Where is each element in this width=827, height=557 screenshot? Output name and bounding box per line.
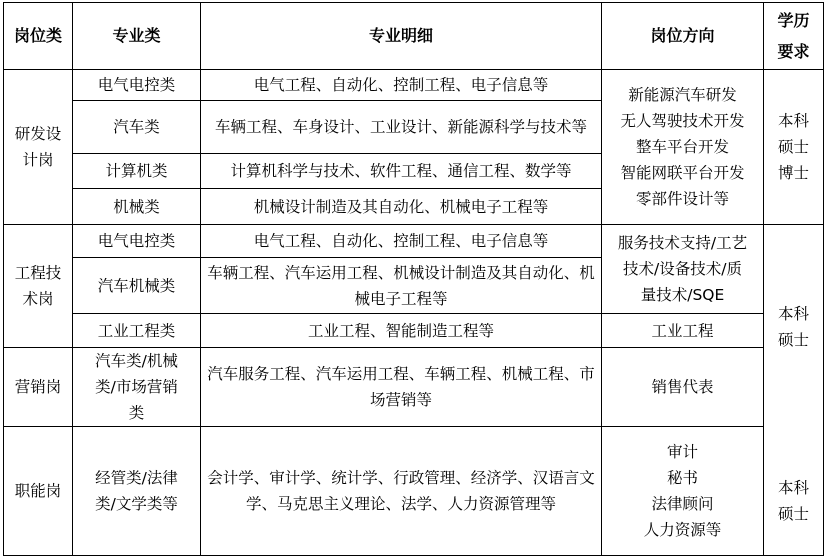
position-text: 工程技 xyxy=(4,260,72,286)
direction-text: 无人驾驶技术开发 xyxy=(602,108,763,134)
major-detail: 计算机科学与技术、软件工程、通信工程、数学等 xyxy=(201,154,602,189)
direction-engineering: 服务技术支持/工艺 技术/设备技术/质 量技术/SQE xyxy=(602,225,764,314)
education-merged: 本科 硕士 本科 硕士 xyxy=(764,225,824,556)
position-rd: 研发设 计岗 xyxy=(4,70,73,225)
major-category: 机械类 xyxy=(73,189,201,225)
direction-text: 人力资源等 xyxy=(602,517,763,543)
major-detail: 电气工程、自动化、控制工程、电子信息等 xyxy=(201,70,602,101)
direction-text: 服务技术支持/工艺 xyxy=(602,230,763,256)
header-education-line1: 学历 xyxy=(764,5,823,36)
header-row: 岗位类 专业类 专业明细 岗位方向 学历 要求 xyxy=(4,3,824,70)
direction-text: 零部件设计等 xyxy=(602,186,763,212)
table-row: 研发设 计岗 电气电控类 电气工程、自动化、控制工程、电子信息等 新能源汽车研发… xyxy=(4,70,824,101)
major-detail: 电气工程、自动化、控制工程、电子信息等 xyxy=(201,225,602,258)
header-major-detail: 专业明细 xyxy=(201,3,602,70)
header-position-category: 岗位类 xyxy=(4,3,73,70)
direction-marketing: 销售代表 xyxy=(602,348,764,427)
position-text: 术岗 xyxy=(4,286,72,312)
major-category: 工业工程类 xyxy=(73,314,201,348)
major-detail: 汽车服务工程、汽车运用工程、车辆工程、机械工程、市场营销等 xyxy=(201,348,602,427)
direction-text: 法律顾问 xyxy=(602,491,763,517)
header-education-line2: 要求 xyxy=(764,36,823,67)
direction-text: 智能网联平台开发 xyxy=(602,160,763,186)
major-category: 计算机类 xyxy=(73,154,201,189)
direction-industrial: 工业工程 xyxy=(602,314,764,348)
direction-text: 量技术/SQE xyxy=(602,282,763,308)
education-text: 硕士 xyxy=(764,327,823,353)
direction-functional: 审计 秘书 法律顾问 人力资源等 xyxy=(602,427,764,556)
major-text: 汽车类/机械 xyxy=(73,348,200,374)
major-category: 经管类/法律 类/文学类等 xyxy=(73,427,201,556)
major-text: 类/文学类等 xyxy=(73,491,200,517)
direction-text: 技术/设备技术/质 xyxy=(602,256,763,282)
major-category: 电气电控类 xyxy=(73,70,201,101)
position-marketing: 营销岗 xyxy=(4,348,73,427)
header-education: 学历 要求 xyxy=(764,3,824,70)
direction-rd: 新能源汽车研发 无人驾驶技术开发 整车平台开发 智能网联平台开发 零部件设计等 xyxy=(602,70,764,225)
position-text: 研发设 xyxy=(4,121,72,147)
education-text: 本科 xyxy=(764,108,823,134)
position-text: 计岗 xyxy=(4,147,72,173)
table-row: 营销岗 汽车类/机械 类/市场营销 类 汽车服务工程、汽车运用工程、车辆工程、机… xyxy=(4,348,824,427)
major-text: 类 xyxy=(73,400,200,426)
recruitment-majors-table: 岗位类 专业类 专业明细 岗位方向 学历 要求 研发设 计岗 电气电控类 电气工… xyxy=(3,2,824,556)
position-engineering: 工程技 术岗 xyxy=(4,225,73,348)
major-category: 汽车类/机械 类/市场营销 类 xyxy=(73,348,201,427)
header-major-category: 专业类 xyxy=(73,3,201,70)
major-detail: 车辆工程、汽车运用工程、机械设计制造及其自动化、机械电子工程等 xyxy=(201,258,602,314)
table-row: 职能岗 经管类/法律 类/文学类等 会计学、审计学、统计学、行政管理、经济学、汉… xyxy=(4,427,824,556)
position-functional: 职能岗 xyxy=(4,427,73,556)
major-category: 汽车类 xyxy=(73,101,201,154)
major-detail: 会计学、审计学、统计学、行政管理、经济学、汉语言文学、马克思主义理论、法学、人力… xyxy=(201,427,602,556)
major-category: 电气电控类 xyxy=(73,225,201,258)
header-position-direction: 岗位方向 xyxy=(602,3,764,70)
table-row: 工程技 术岗 电气电控类 电气工程、自动化、控制工程、电子信息等 服务技术支持/… xyxy=(4,225,824,258)
education-text: 本科 xyxy=(764,301,823,327)
major-category: 汽车机械类 xyxy=(73,258,201,314)
education-text: 博士 xyxy=(764,160,823,186)
education-text: 本科 xyxy=(764,475,823,501)
education-text: 硕士 xyxy=(764,134,823,160)
education-rd: 本科 硕士 博士 xyxy=(764,70,824,225)
direction-text: 秘书 xyxy=(602,465,763,491)
major-text: 类/市场营销 xyxy=(73,374,200,400)
education-text: 硕士 xyxy=(764,501,823,527)
education-block-b: 本科 硕士 xyxy=(764,475,823,527)
education-block-a: 本科 硕士 xyxy=(764,301,823,353)
major-detail: 工业工程、智能制造工程等 xyxy=(201,314,602,348)
major-text: 经管类/法律 xyxy=(73,465,200,491)
direction-text: 整车平台开发 xyxy=(602,134,763,160)
direction-text: 新能源汽车研发 xyxy=(602,82,763,108)
major-detail: 机械设计制造及其自动化、机械电子工程等 xyxy=(201,189,602,225)
direction-text: 审计 xyxy=(602,439,763,465)
table-row: 工业工程类 工业工程、智能制造工程等 工业工程 xyxy=(4,314,824,348)
major-detail: 车辆工程、车身设计、工业设计、新能源科学与技术等 xyxy=(201,101,602,154)
